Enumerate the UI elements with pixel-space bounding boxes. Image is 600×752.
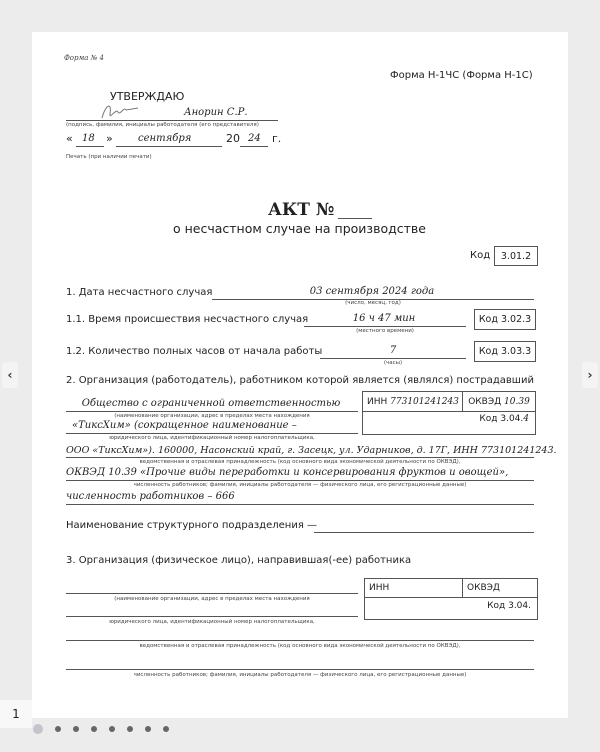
work-hours-value: 7 [320,345,466,356]
sender-code: Код 3.04. [487,601,531,611]
employer-rule-4 [66,480,534,481]
page-dot-1[interactable] [33,724,43,734]
approver-name: Анорин С.Р. [184,107,248,118]
page-number: 1 [0,700,32,728]
hours-line [320,358,466,359]
page-dot-7[interactable] [145,726,151,732]
employer-line-5: численность работников – 666 [66,491,235,502]
sender-caption-4: численность работников; фамилия, инициал… [66,672,534,678]
employer-rule-3 [66,457,534,458]
employer-line-1: Общество с ограниченной ответственностью [66,398,356,409]
inn-label: ИНН [367,397,387,407]
sender-caption-3: ведомственная и отраслевая принадлежност… [66,643,534,649]
form-code: Форма Н-1ЧС (Форма Н-1С) [390,70,533,81]
page-dot-2[interactable] [55,726,61,732]
act-subtitle: о несчастном случае на производстве [173,221,426,236]
sender-rule-1 [66,593,358,594]
okved-label: ОКВЭД [468,397,501,407]
approve-month: сентября [138,133,191,144]
employer-line-3: ООО «ТиксХим»). 160000, Насонский край, … [66,445,557,456]
approver-line [66,120,278,121]
year-prefix: 20 [226,132,240,145]
hours-caption: (часы) [320,360,466,366]
next-page-button[interactable]: › [582,362,598,388]
year-unit: г. [272,132,281,145]
employer-rule-1 [66,411,358,412]
chevron-left-icon: ‹ [8,368,13,382]
employer-line-4: ОКВЭД 10.39 «Прочие виды переработки и к… [66,467,508,478]
time-line [304,326,466,327]
page-dot-8[interactable] [163,726,169,732]
document-page: Форма № 4 Форма Н-1ЧС (Форма Н-1С) УТВЕР… [32,32,568,718]
prev-page-button[interactable]: ‹ [2,362,18,388]
act-title: АКТ № [268,200,334,220]
accident-time-label: 1.1. Время происшествия несчастного случ… [66,314,308,325]
seal-caption: Печать (при наличии печати) [66,154,152,160]
sender-inn-cell: ИНН [365,579,463,598]
division-line [314,532,534,533]
page-dot-6[interactable] [127,726,133,732]
form-number: Форма № 4 [64,54,104,62]
sender-rule-3 [66,640,534,641]
approver-caption: (подпись, фамилия, инициалы работодателя… [66,122,259,128]
year-line [240,146,268,147]
sender-rule-4 [66,669,534,670]
quote-open: « [66,132,73,145]
approve-day: 18 [82,133,95,144]
day-line [76,146,104,147]
sender-caption-1: (наименование организации, адрес в преде… [66,596,358,602]
employer-line-2: «ТиксХим» (сокращенное наименование – [72,420,297,431]
sender-caption-2: юридического лица, идентификационный ном… [66,619,358,625]
accident-date-label: 1. Дата несчастного случая [66,287,212,298]
employer-code-label: Код 3.04. [479,414,523,424]
sender-codes-box: ИНН ОКВЭД Код 3.04. [364,578,538,620]
employer-code-value: 4 [523,414,529,424]
page-dot-3[interactable] [73,726,79,732]
accident-time-value: 16 ч 47 мин [304,313,464,324]
date-caption: (число, месяц, год) [212,300,534,306]
employer-caption-2: юридического лица, идентификационный ном… [66,435,358,441]
employer-codes-box: ИНН 773101241243 ОКВЭД 10.39 Код 3.04.4 [362,391,536,435]
page-dot-5[interactable] [109,726,115,732]
employer-rule-2 [66,433,358,434]
employer-rule-5 [66,504,534,505]
signature-icon [98,100,140,122]
page-dots [33,724,169,734]
inn-value: 773101241243 [390,397,459,407]
quote-close: » [106,132,113,145]
employer-caption-3: ведомственная и отраслевая принадлежност… [66,459,534,465]
section2-heading: 2. Организация (работодатель), работнико… [66,375,534,386]
employer-okved-cell: ОКВЭД 10.39 [463,392,535,412]
employer-inn-cell: ИНН 773101241243 [363,392,463,412]
page-dot-4[interactable] [91,726,97,732]
employer-code: Код 3.04.4 [479,414,529,424]
sender-okved-cell: ОКВЭД [463,579,537,598]
hours-code-box: Код 3.03.3 [474,341,536,362]
time-caption: (местного времени) [304,328,466,334]
year-suffix: 24 [248,133,261,144]
time-code-box: Код 3.02.3 [474,309,536,330]
work-hours-label: 1.2. Количество полных часов от начала р… [66,346,322,357]
chevron-right-icon: › [588,368,593,382]
month-line [116,146,222,147]
accident-date-value: 03 сентября 2024 года [212,286,532,297]
code-box: 3.01.2 [494,246,538,266]
employer-caption-1: (наименование организации, адрес в преде… [66,413,358,419]
code-label: Код [470,250,490,261]
employer-caption-4: численность работников; фамилия, инициал… [66,482,534,488]
division-label: Наименование структурного подразделения … [66,520,317,531]
sender-rule-2 [66,616,358,617]
okved-value: 10.39 [504,397,530,407]
section3-heading: 3. Организация (физическое лицо), направ… [66,555,411,566]
act-number-line [338,218,372,219]
